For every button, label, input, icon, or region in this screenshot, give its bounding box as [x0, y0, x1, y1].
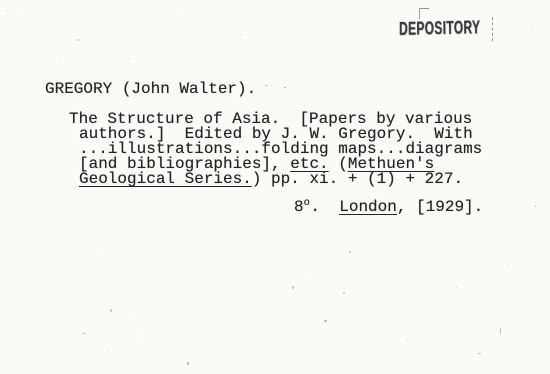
- scan-speck: [22, 14, 23, 15]
- scan-speck: [324, 320, 327, 322]
- underlined-text: Geological Series.: [79, 170, 252, 188]
- scan-speck: [7, 10, 8, 11]
- scan-speck: [98, 249, 99, 250]
- scan-speck: [107, 350, 108, 351]
- imprint-line: 8o. London, [1929].: [294, 200, 483, 217]
- stamp-edge-mark: [492, 17, 493, 41]
- scan-speck: [349, 251, 351, 253]
- stamp-corner-mark: [419, 8, 429, 19]
- scan-speck: [508, 265, 509, 266]
- scan-speck: [265, 85, 268, 86]
- scan-speck: [142, 335, 143, 337]
- scan-speck: [83, 333, 86, 334]
- scan-speck: [407, 340, 408, 341]
- scan-speck: [500, 328, 501, 334]
- body-line: Geological Series.) pp. xi. + (1) + 227.: [79, 172, 482, 187]
- scan-speck: [129, 317, 130, 318]
- scan-speck: [456, 287, 457, 288]
- scan-speck: [343, 292, 345, 294]
- scan-speck: [60, 61, 61, 62]
- scan-speck: [284, 87, 286, 88]
- text-segment: .: [310, 198, 339, 216]
- scan-speck: [187, 362, 189, 365]
- text-segment: , [1929].: [397, 198, 483, 216]
- underlined-text: London: [339, 198, 397, 216]
- catalog-card: DEPOSITORY GREGORY (John Walter). The St…: [0, 0, 550, 374]
- heading-author: GREGORY (John Walter).: [45, 82, 256, 97]
- text-segment: 8: [294, 198, 304, 216]
- scan-speck: [110, 309, 112, 312]
- scan-speck: [531, 27, 532, 28]
- scan-speck: [478, 353, 481, 354]
- superscript-text: o: [304, 197, 311, 209]
- scan-speck: [77, 39, 79, 41]
- text-segment: ) pp. xi. + (1) + 227.: [252, 170, 463, 188]
- scan-speck: [292, 286, 294, 289]
- scan-speck: [310, 273, 311, 274]
- depository-stamp: DEPOSITORY: [399, 17, 480, 40]
- scan-speck: [178, 8, 179, 9]
- scan-speck: [535, 205, 536, 207]
- scan-speck: [240, 34, 241, 35]
- scan-speck: [128, 58, 129, 59]
- title-paragraph: The Structure of Asia. [Papers by variou…: [69, 112, 482, 187]
